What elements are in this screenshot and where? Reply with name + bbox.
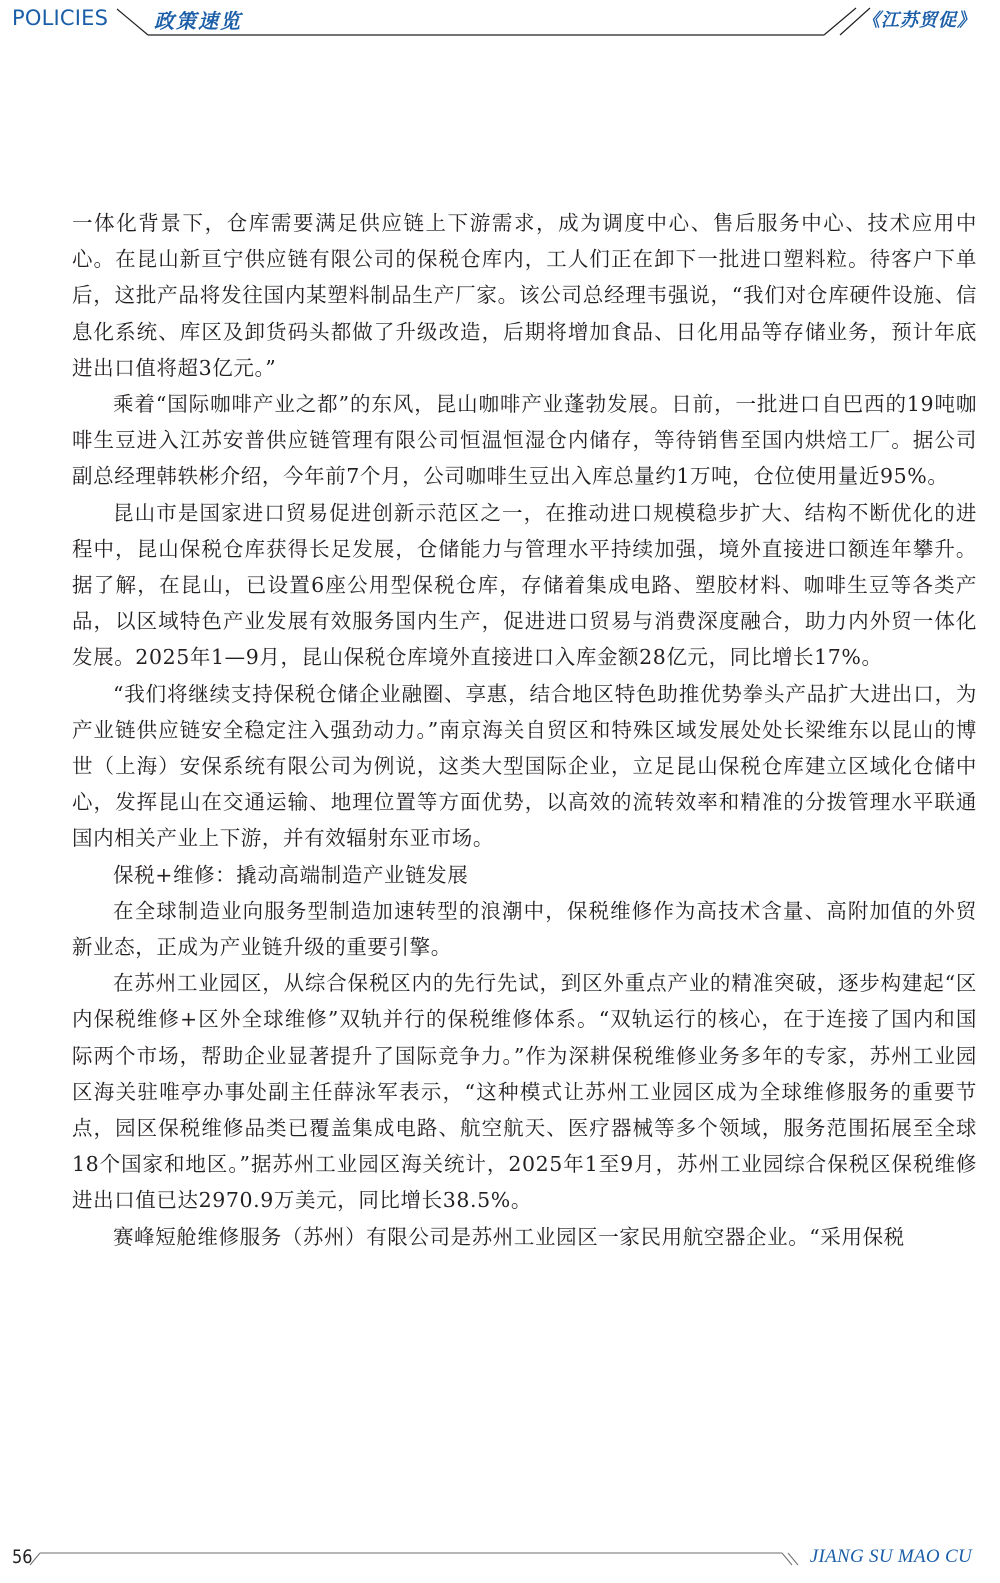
paragraph: 在苏州工业园区，从综合保税区内的先行先试，到区外重点产业的精准突破，逐步构建起“…: [72, 965, 977, 1218]
paragraph: 昆山市是国家进口贸易促进创新示范区之一，在推动进口规模稳步扩大、结构不断优化的进…: [72, 495, 977, 676]
header-rule-lines: [0, 0, 1000, 45]
article-body: 一体化背景下，仓库需要满足供应链上下游需求，成为调度中心、售后服务中心、技术应用…: [72, 205, 977, 1255]
page-footer: 56 JIANG SU MAO CU: [0, 1530, 1000, 1583]
section-label-cn: 政策速览: [154, 5, 242, 34]
paragraph: 乘着“国际咖啡产业之都”的东风，昆山咖啡产业蓬勃发展。日前，一批进口自巴西的19…: [72, 386, 977, 495]
magazine-title-en: JIANG SU MAO CU: [810, 1546, 972, 1568]
subheading: 保税+维修：撬动高端制造产业链发展: [72, 857, 977, 893]
paragraph: 在全球制造业向服务型制造加速转型的浪潮中，保税维修作为高技术含量、高附加值的外贸…: [72, 893, 977, 965]
page-number: 56: [12, 1546, 33, 1568]
paragraph: 赛峰短舱维修服务（苏州）有限公司是苏州工业园区一家民用航空器企业。“采用保税: [72, 1219, 977, 1255]
magazine-title: 《江苏贸促》: [862, 6, 976, 32]
section-label-en: POLICIES: [12, 6, 108, 30]
paragraph: 一体化背景下，仓库需要满足供应链上下游需求，成为调度中心、售后服务中心、技术应用…: [72, 205, 977, 386]
paragraph: “我们将继续支持保税仓储企业融圈、享惠，结合地区特色助推优势拳头产品扩大进出口，…: [72, 676, 977, 857]
page-header: POLICIES 政策速览 《江苏贸促》: [0, 0, 1000, 45]
